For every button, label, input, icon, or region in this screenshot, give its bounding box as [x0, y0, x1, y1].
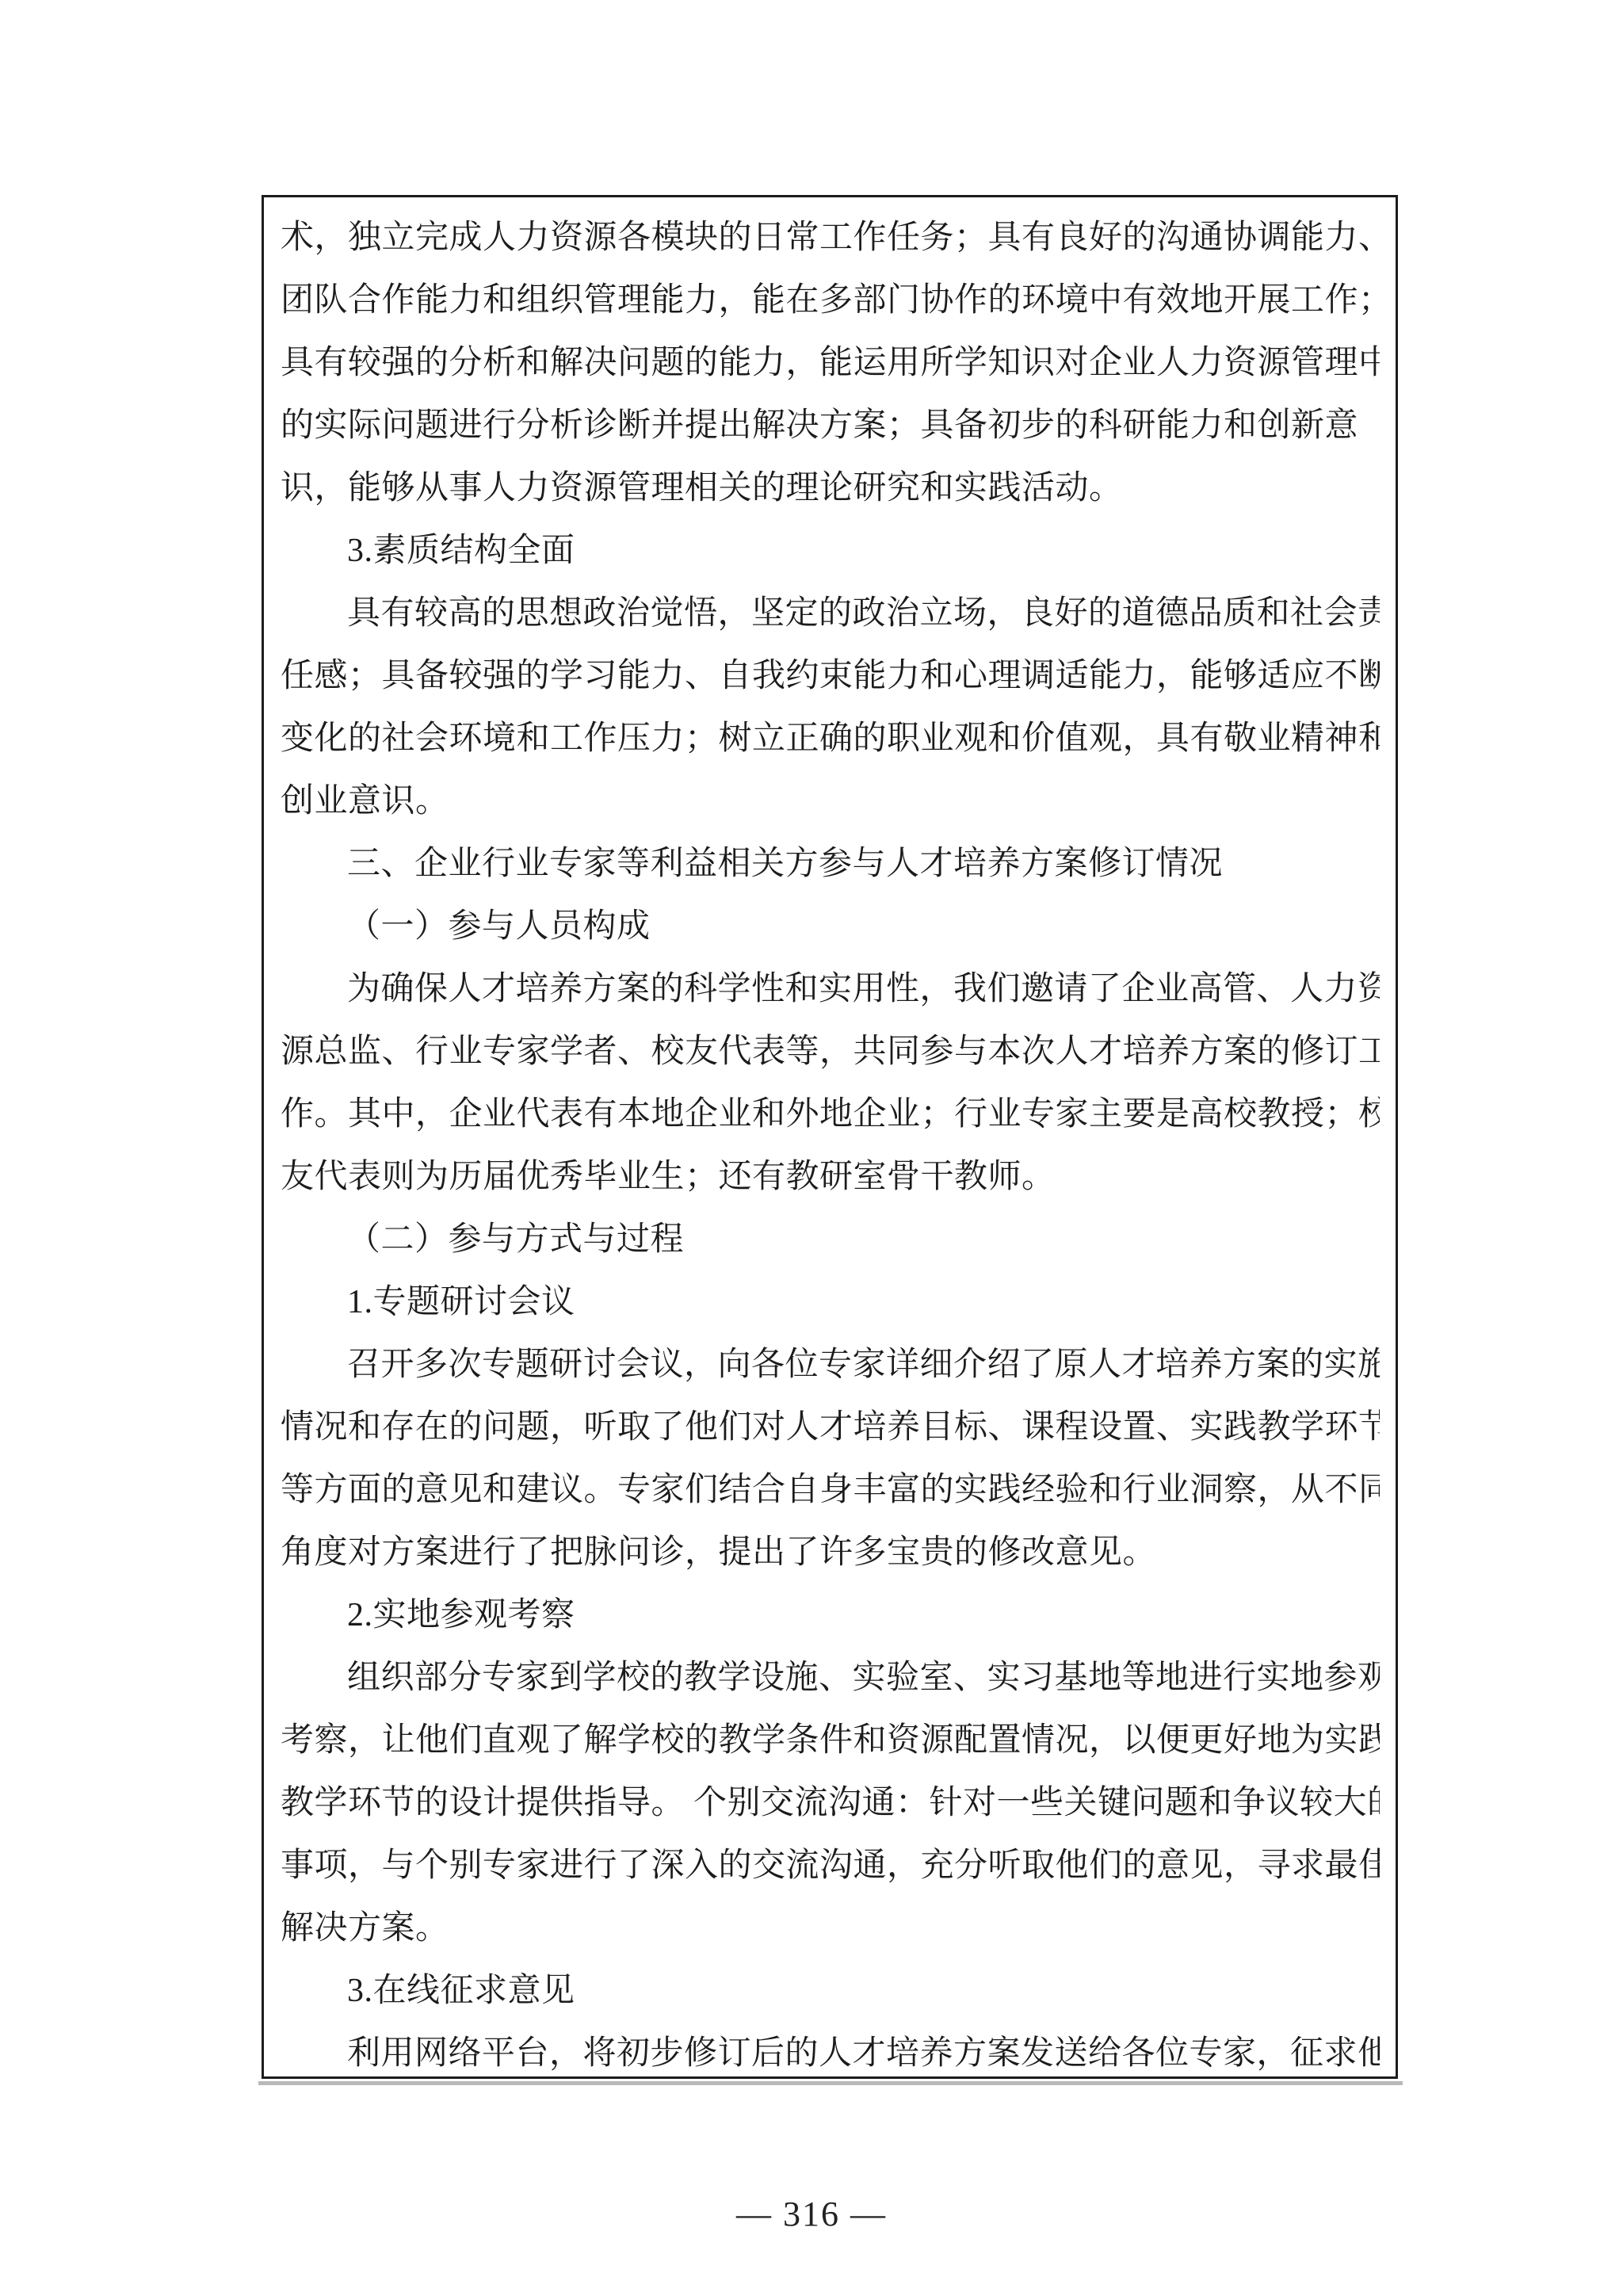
text-line: 作。其中，企业代表有本地企业和外地企业；行业专家主要是高校教授；校 — [281, 1083, 1380, 1146]
text-line: 三、企业行业专家等利益相关方参与人才培养方案修订情况 — [281, 833, 1380, 896]
text-line: 变化的社会环境和工作压力；树立正确的职业观和价值观，具有敬业精神和 — [281, 708, 1380, 770]
text-line: 为确保人才培养方案的科学性和实用性，我们邀请了企业高管、人力资 — [281, 958, 1380, 1021]
text-line: 3.在线征求意见 — [281, 1960, 1380, 2023]
text-line: 组织部分专家到学校的教学设施、实验室、实习基地等地进行实地参观 — [281, 1647, 1380, 1710]
text-line: 事项，与个别专家进行了深入的交流沟通，充分听取他们的意见，寻求最佳 — [281, 1835, 1380, 1897]
text-line: 利用网络平台，将初步修订后的人才培养方案发送给各位专家，征求他 — [281, 2023, 1380, 2079]
text-line: 友代表则为历届优秀毕业生；还有教研室骨干教师。 — [281, 1146, 1380, 1209]
text-line: 情况和存在的问题，听取了他们对人才培养目标、课程设置、实践教学环节 — [281, 1396, 1380, 1459]
document-lines: 术，独立完成人力资源各模块的日常工作任务；具有良好的沟通协调能力、团队合作能力和… — [281, 207, 1380, 2079]
text-line: 具有较高的思想政治觉悟，坚定的政治立场，良好的道德品质和社会责 — [281, 583, 1380, 645]
content-table-cell: 术，独立完成人力资源各模块的日常工作任务；具有良好的沟通协调能力、团队合作能力和… — [262, 195, 1398, 2079]
document-page: 术，独立完成人力资源各模块的日常工作任务；具有良好的沟通协调能力、团队合作能力和… — [0, 0, 1623, 2296]
text-line: 团队合作能力和组织管理能力，能在多部门协作的环境中有效地开展工作； — [281, 269, 1380, 332]
text-line: 召开多次专题研讨会议，向各位专家详细介绍了原人才培养方案的实施 — [281, 1334, 1380, 1396]
text-line: 任感；具备较强的学习能力、自我约束能力和心理调适能力，能够适应不断 — [281, 645, 1380, 708]
text-line: 2.实地参观考察 — [281, 1584, 1380, 1647]
text-line: 等方面的意见和建议。专家们结合自身丰富的实践经验和行业洞察，从不同 — [281, 1459, 1380, 1522]
page-footer: — 316 — — [0, 2194, 1623, 2235]
text-line: 术，独立完成人力资源各模块的日常工作任务；具有良好的沟通协调能力、 — [281, 207, 1380, 269]
text-line: 创业意识。 — [281, 770, 1380, 833]
text-line: 1.专题研讨会议 — [281, 1271, 1380, 1334]
text-line: 源总监、行业专家学者、校友代表等，共同参与本次人才培养方案的修订工 — [281, 1021, 1380, 1083]
text-line: 具有较强的分析和解决问题的能力，能运用所学知识对企业人力资源管理中 — [281, 332, 1380, 395]
text-line: 3.素质结构全面 — [281, 520, 1380, 583]
text-line: 识，能够从事人力资源管理相关的理论研究和实践活动。 — [281, 457, 1380, 520]
text-line: （一）参与人员构成 — [281, 896, 1380, 958]
text-line: 的实际问题进行分析诊断并提出解决方案；具备初步的科研能力和创新意 — [281, 395, 1380, 457]
text-line: （二）参与方式与过程 — [281, 1209, 1380, 1271]
table-bottom-shadow — [258, 2081, 1403, 2085]
text-line: 解决方案。 — [281, 1897, 1380, 1960]
text-line: 教学环节的设计提供指导。 个别交流沟通：针对一些关键问题和争议较大的 — [281, 1772, 1380, 1835]
page-number: — 316 — — [736, 2195, 887, 2233]
text-line: 考察，让他们直观了解学校的教学条件和资源配置情况，以便更好地为实践 — [281, 1710, 1380, 1772]
text-line: 角度对方案进行了把脉问诊，提出了许多宝贵的修改意见。 — [281, 1522, 1380, 1584]
